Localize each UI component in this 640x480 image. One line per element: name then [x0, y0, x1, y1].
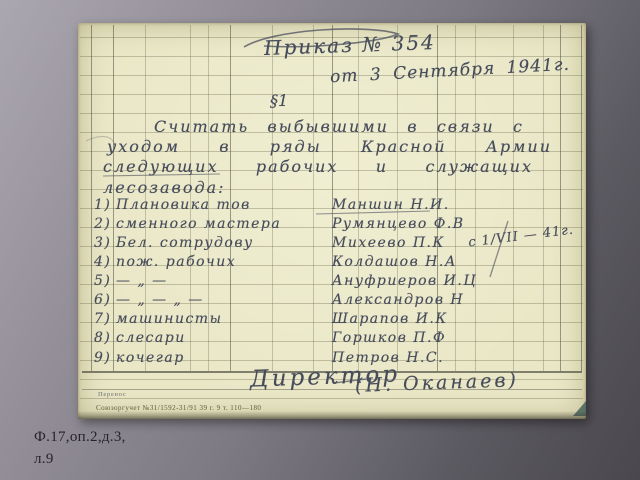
- list-item-name: Шарапов И.К: [332, 311, 448, 327]
- archive-reference: Ф.17,оп.2,д.3, л.9: [34, 427, 126, 471]
- list-item-number: 9): [94, 350, 116, 366]
- archive-reference-line1: Ф.17,оп.2,д.3,: [34, 427, 126, 449]
- list-item-name: Ануфриеров И.Ц: [332, 273, 477, 289]
- section-mark: §1: [270, 91, 288, 110]
- list-item: 6)— „ — „ — Александров Н: [94, 292, 580, 308]
- list-item-position: Бел. сотрудову: [116, 235, 254, 251]
- list-item-name: Колдашов Н.А: [332, 254, 457, 270]
- document-photo: Приказ № 354 от 3 Сентября 1941г. §1 Счи…: [78, 23, 586, 419]
- list-item-number: 1): [94, 197, 116, 213]
- body-line: уходом в ряды Красной Армии: [107, 137, 552, 156]
- printed-carryover-label: Перенос: [98, 390, 126, 397]
- printed-form-footer: Союзоргучет №31/1592-31/91 39 г. 9 т. 11…: [96, 404, 261, 412]
- list-item-position: слесари: [116, 330, 186, 346]
- list-item-name: Маншин Н.И.: [332, 197, 450, 213]
- list-item-position: кочегар: [116, 350, 185, 366]
- body-line: следующих рабочих и служащих: [103, 157, 533, 176]
- list-item: 8)слесари Горшков П.Ф: [94, 330, 580, 346]
- list-item-name: Михеево П.К: [332, 235, 445, 251]
- list-item: 5)— „ — Ануфриеров И.Ц: [94, 273, 580, 289]
- slide-background: Приказ № 354 от 3 Сентября 1941г. §1 Счи…: [0, 0, 640, 480]
- list-item-number: 8): [94, 330, 116, 346]
- list-item-position: машинисты: [116, 311, 223, 327]
- list-item: 1)Плановика тов Маншин Н.И.: [94, 197, 580, 213]
- list-item-number: 5): [94, 273, 116, 289]
- list-item-number: 3): [94, 235, 116, 251]
- list-item: 4)пож. рабочих Колдашов Н.А: [94, 254, 580, 270]
- body-line: Считать выбывшими в связи с: [154, 117, 524, 136]
- list-item-name: Александров Н: [332, 292, 464, 308]
- list-item-number: 4): [94, 254, 116, 270]
- list-item-position: Плановика тов: [116, 197, 251, 213]
- list-item-number: 7): [94, 311, 116, 327]
- list-item: 7)машинисты Шарапов И.К: [94, 311, 580, 327]
- body-line: лесозавода:: [103, 178, 226, 197]
- list-item-position: — „ —: [116, 273, 168, 289]
- list-item-position: — „ — „ —: [116, 292, 204, 308]
- list-item-number: 6): [94, 292, 116, 308]
- list-item-name: Горшков П.Ф: [332, 330, 446, 346]
- list-item-position: пож. рабочих: [116, 254, 236, 270]
- ledger-vertical-line: [581, 25, 582, 371]
- list-item-name: Румянцево Ф.В: [332, 216, 465, 232]
- list-item-number: 2): [94, 216, 116, 232]
- list-item-position: сменного мастера: [116, 216, 281, 232]
- ledger-vertical-line: [91, 25, 92, 371]
- archive-reference-line2: л.9: [34, 449, 126, 471]
